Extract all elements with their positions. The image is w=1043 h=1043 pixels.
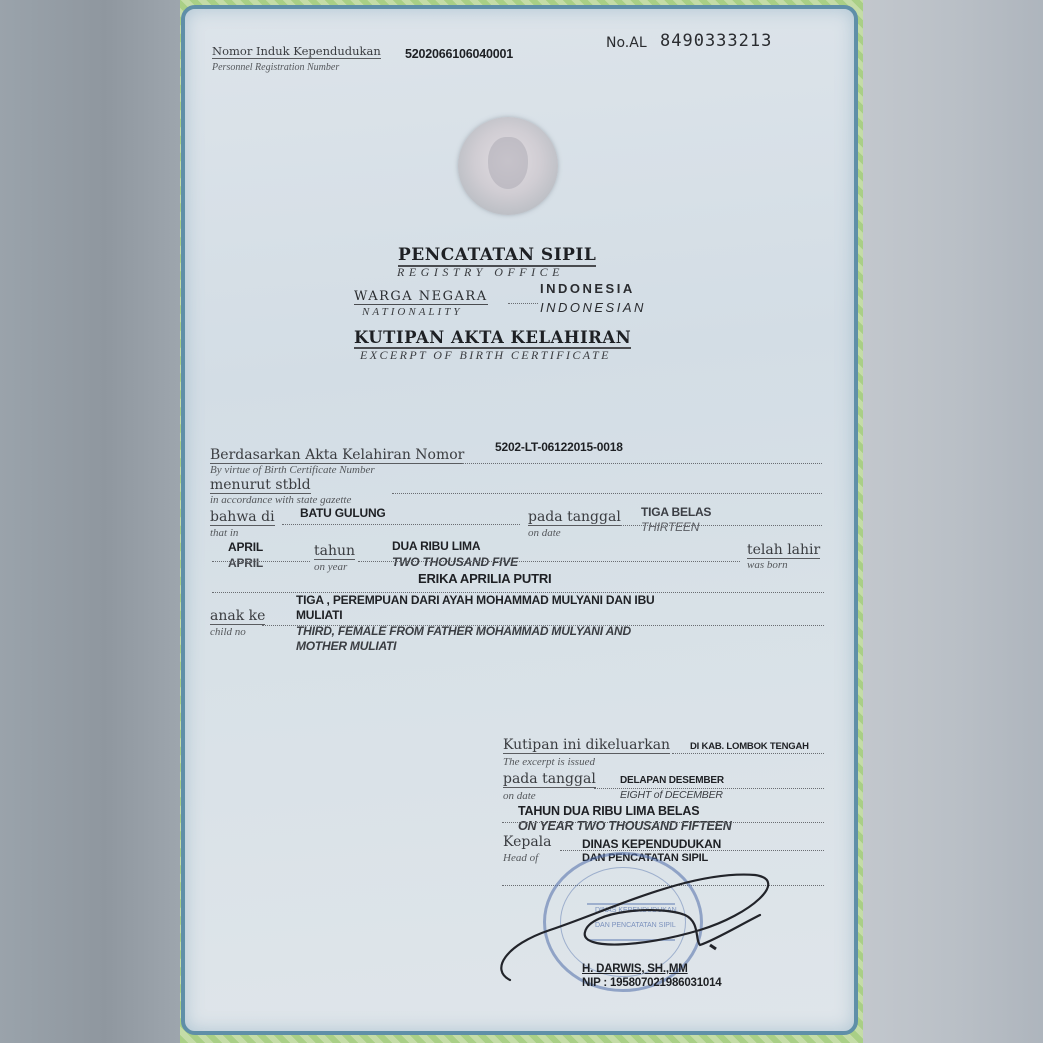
nik-label: Nomor Induk Kependudukan [212, 45, 381, 59]
birth-date-dotted-line [620, 525, 822, 526]
head-of-value-line1: DINAS KEPENDUDUKAN [582, 837, 721, 851]
issued-place-value: DI KAB. LOMBOK TENGAH [690, 741, 809, 752]
stbld-dotted-line [392, 493, 822, 494]
document-title: KUTIPAN AKTA KELAHIRAN [354, 328, 631, 349]
official-name: H. DARWIS, SH.,MM [582, 963, 688, 975]
issue-date-value: DELAPAN DESEMBER [620, 775, 724, 786]
birthplace-label-en: that in [210, 527, 238, 539]
serial-number: 8490333213 [660, 31, 772, 51]
birth-month-value-en: APRIL [228, 556, 263, 570]
child-name-value: ERIKA APRILIA PUTRI [418, 571, 551, 586]
child-order-value-en-line2: MOTHER MULIATI [296, 639, 396, 653]
garuda-emblem-icon [458, 117, 558, 215]
born-label-en: was born [747, 559, 788, 571]
cert-number-dotted-line [462, 463, 822, 464]
document-title-en: EXCERPT OF BIRTH CERTIFICATE [360, 348, 611, 363]
office-title-en: REGISTRY OFFICE [397, 265, 564, 280]
birth-month-dotted-line [212, 561, 310, 562]
birthplace-dotted-line [282, 524, 520, 525]
child-order-value-en-line1: THIRD, FEMALE FROM FATHER MOHAMMAD MULYA… [296, 624, 631, 638]
nationality-value-en: INDONESIAN [540, 300, 646, 315]
stbld-label-en: in accordance with state gazette [210, 494, 351, 506]
official-nip: NIP : 195807021986031014 [582, 977, 722, 989]
born-label: telah lahir [747, 543, 820, 559]
birth-date-label: pada tanggal [528, 510, 621, 526]
issued-label: Kutipan ini dikeluarkan [503, 738, 670, 754]
child-order-value-line2: MULIATI [296, 608, 342, 622]
birth-year-label: tahun [314, 544, 355, 560]
birth-year-value: DUA RIBU LIMA [392, 539, 480, 553]
birth-date-value: TIGA BELAS [641, 505, 711, 519]
issue-date-label-en: on date [503, 790, 536, 802]
nationality-label: WARGA NEGARA [354, 290, 488, 305]
issued-label-en: The excerpt is issued [503, 756, 595, 768]
stbld-label: menurut stbld [210, 478, 311, 494]
birth-date-label-en: on date [528, 527, 561, 539]
issue-year-dotted-line [502, 822, 824, 823]
nik-label-en: Personnel Registration Number [212, 62, 339, 74]
head-of-label: Kepala [503, 834, 552, 850]
birth-date-value-en: THIRTEEN [641, 520, 699, 534]
head-of-dotted-line [560, 850, 824, 851]
birthplace-value: BATU GULUNG [300, 506, 386, 520]
issued-place-dotted-line [672, 753, 824, 754]
birth-year-dotted-line [358, 561, 740, 562]
birth-month-value: APRIL [228, 540, 263, 554]
child-order-label-en: child no [210, 626, 246, 638]
nik-value: 5202066106040001 [405, 47, 513, 61]
nationality-dotted-line [508, 303, 538, 304]
birthplace-label: bahwa di [210, 510, 275, 526]
office-title: PENCATATAN SIPIL [398, 246, 596, 267]
issue-date-dotted-line [594, 788, 824, 789]
child-order-value-line1: TIGA , PEREMPUAN DARI AYAH MOHAMMAD MULY… [296, 593, 655, 607]
issue-date-label: pada tanggal [503, 772, 596, 788]
cert-number-value: 5202-LT-06122015-0018 [495, 440, 623, 454]
birth-year-label-en: on year [314, 561, 347, 573]
nationality-label-en: NATIONALITY [362, 306, 462, 318]
cert-number-label-en: By virtue of Birth Certificate Number [210, 464, 375, 476]
nationality-value: INDONESIA [540, 281, 635, 296]
issue-date-value-en: EIGHT of DECEMBER [620, 789, 723, 801]
serial-prefix: No.AL [606, 35, 647, 51]
cert-number-label: Berdasarkan Akta Kelahiran Nomor [210, 448, 464, 464]
child-order-label: anak ke [210, 609, 265, 625]
issue-year-value: TAHUN DUA RIBU LIMA BELAS [518, 804, 699, 818]
birth-year-value-en: TWO THOUSAND FIVE [392, 555, 518, 569]
